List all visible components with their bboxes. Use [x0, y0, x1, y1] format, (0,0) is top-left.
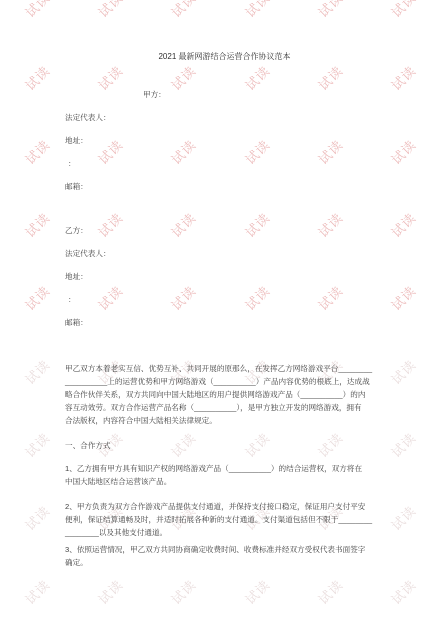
clause-2-line: ________以及其他支付通道。 — [65, 526, 384, 539]
party-a-email-label: 邮箱： — [65, 183, 384, 191]
party-b-email-label: 邮箱： — [65, 319, 384, 327]
party-b-address-label: 地址： — [65, 273, 384, 281]
preamble-line: 容互动效劳。双方合作运营产品名称（__________），是甲方独立开发的网络游… — [65, 401, 384, 414]
preamble-paragraph: 甲乙双方本着老实互信、优势互补、共同开展的原那么，在发挥乙方网络游戏平台____… — [65, 362, 384, 427]
clause-2-line: 便利，保证结算通畅及时，并适时拓展各种新的支付通道。支付渠道包括但不限于____… — [65, 513, 384, 526]
party-a-name-label: 甲方： — [143, 91, 384, 99]
section-heading: 一、合作方式 — [65, 439, 384, 452]
preamble-line: 甲乙双方本着老实互信、优势互补、共同开展的原那么，在发挥乙方网络游戏平台____… — [65, 362, 384, 375]
clause-1: 1、乙方拥有甲方具有知识产权的网络游戏产品（__________）的结合运营权，… — [65, 462, 384, 488]
doc-title: 2021 最新网游结合运营合作协议范本 — [65, 53, 384, 61]
clause-3-line: 确定。 — [65, 556, 384, 569]
clause-2: 2、甲方负责为双方合作游戏产品提供支付通道，并保持支付接口稳定，保证用户支付平安… — [65, 500, 384, 539]
preamble-line: 略合作伙伴关系，双方共同向中国大陆地区的用户提供网络游戏产品（_________… — [65, 388, 384, 401]
document-body: 2021 最新网游结合运营合作协议范本 甲方： 法定代表人： 地址： ： 邮箱：… — [0, 0, 440, 620]
preamble-line: __________上的运营优势和甲方网络游戏（__________）产品内容优… — [65, 375, 384, 388]
clause-2-line: 2、甲方负责为双方合作游戏产品提供支付通道，并保持支付接口稳定，保证用户支付平安 — [65, 500, 384, 513]
party-a-phone-label: ： — [65, 160, 384, 168]
party-a-address-label: 地址： — [65, 137, 384, 145]
party-b-name-label: 乙方： — [65, 227, 384, 235]
party-a-legal-rep-label: 法定代表人： — [65, 114, 384, 122]
document-page: 试读试读试读试读试读试读试读试读试读试读试读试读试读试读试读试读试读试读试读试读… — [0, 0, 440, 620]
clause-1-line: 1、乙方拥有甲方具有知识产权的网络游戏产品（__________）的结合运营权，… — [65, 462, 384, 475]
party-b-phone-label: ： — [65, 296, 384, 304]
preamble-line: 合法版权，内容符合中国大陆相关法律规定。 — [65, 414, 384, 427]
clause-1-line: 中国大陆地区结合运营该产品。 — [65, 475, 384, 488]
clause-3-line: 3、依照运营情况，甲乙双方共同协商确定收费时间、收费标准并经双方受权代表书面签字 — [65, 543, 384, 556]
party-b-legal-rep-label: 法定代表人： — [65, 250, 384, 258]
clause-3: 3、依照运营情况，甲乙双方共同协商确定收费时间、收费标准并经双方受权代表书面签字… — [65, 543, 384, 569]
